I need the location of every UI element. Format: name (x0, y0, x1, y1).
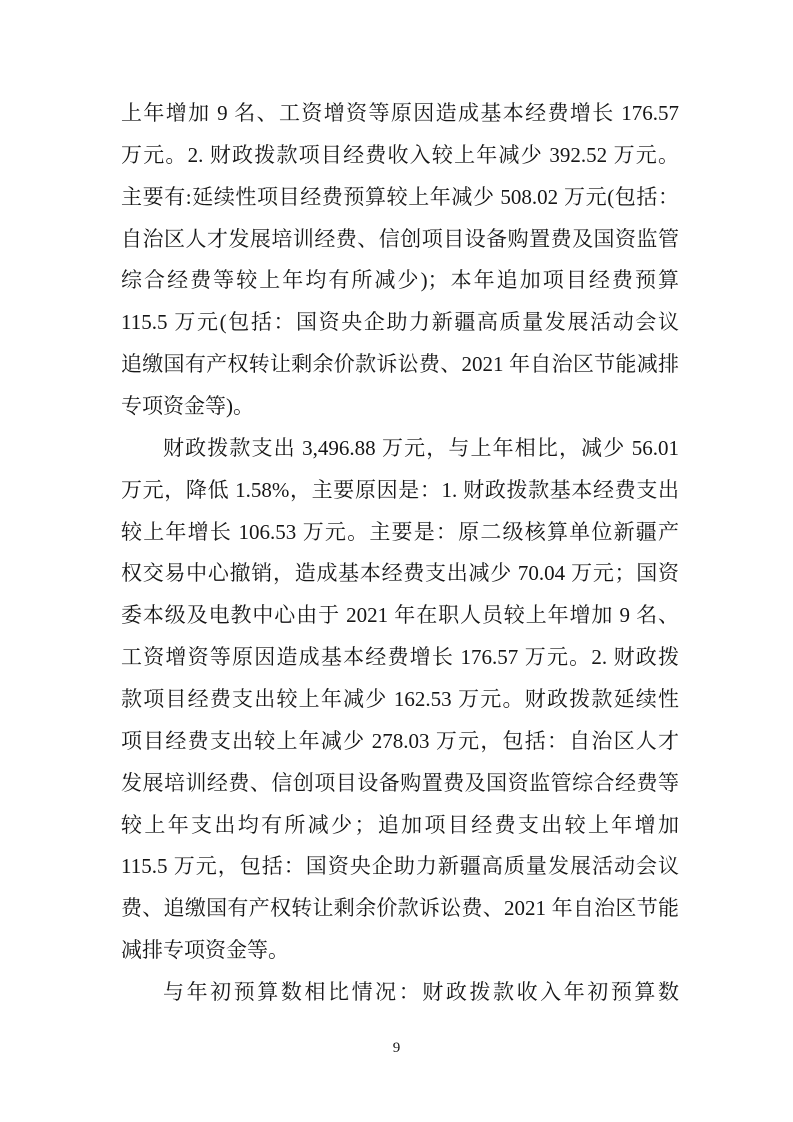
text-line: 追缴国有产权转让剩余价款诉讼费、2021 年自治区节能减排 (121, 344, 679, 386)
text-line: 专项资金等)。 (121, 386, 679, 428)
text-line: 减排专项资金等。 (121, 930, 679, 972)
text-line: 115.5 万元，包括：国资央企助力新疆高质量发展活动会议 (121, 846, 679, 888)
text-line: 主要有:延续性项目经费预算较上年减少 508.02 万元(包括： (121, 177, 679, 219)
text-line: 工资增资等原因造成基本经费增长 176.57 万元。2. 财政拨 (121, 637, 679, 679)
text-line: 财政拨款支出 3,496.88 万元，与上年相比，减少 56.01 (121, 428, 679, 470)
text-line: 较上年增长 106.53 万元。主要是：原二级核算单位新疆产 (121, 512, 679, 554)
page-number: 9 (0, 1038, 793, 1058)
text-line: 较上年支出均有所减少；追加项目经费支出较上年增加 (121, 805, 679, 847)
text-line: 发展培训经费、信创项目设备购置费及国资监管综合经费等 (121, 763, 679, 805)
text-line: 费、追缴国有产权转让剩余价款诉讼费、2021 年自治区节能 (121, 888, 679, 930)
document-body: 上年增加 9 名、工资增资等原因造成基本经费增长 176.57 万元。2. 财政… (121, 93, 679, 1014)
text-line: 项目经费支出较上年减少 278.03 万元，包括：自治区人才 (121, 721, 679, 763)
text-line: 115.5 万元(包括：国资央企助力新疆高质量发展活动会议费、 (121, 302, 679, 344)
document-page: 上年增加 9 名、工资增资等原因造成基本经费增长 176.57 万元。2. 财政… (0, 0, 793, 1122)
text-line: 权交易中心撤销，造成基本经费支出减少 70.04 万元；国资 (121, 553, 679, 595)
text-line: 综合经费等较上年均有所减少)；本年追加项目经费预算 (121, 260, 679, 302)
text-line: 与年初预算数相比情况：财政拨款收入年初预算数 (121, 972, 679, 1014)
text-line: 自治区人才发展培训经费、信创项目设备购置费及国资监管 (121, 219, 679, 261)
text-line: 万元，降低 1.58%，主要原因是：1. 财政拨款基本经费支出 (121, 470, 679, 512)
text-line: 上年增加 9 名、工资增资等原因造成基本经费增长 176.57 (121, 93, 679, 135)
text-line: 委本级及电教中心由于 2021 年在职人员较上年增加 9 名、 (121, 595, 679, 637)
text-line: 万元。2. 财政拨款项目经费收入较上年减少 392.52 万元。 (121, 135, 679, 177)
text-line: 款项目经费支出较上年减少 162.53 万元。财政拨款延续性 (121, 679, 679, 721)
